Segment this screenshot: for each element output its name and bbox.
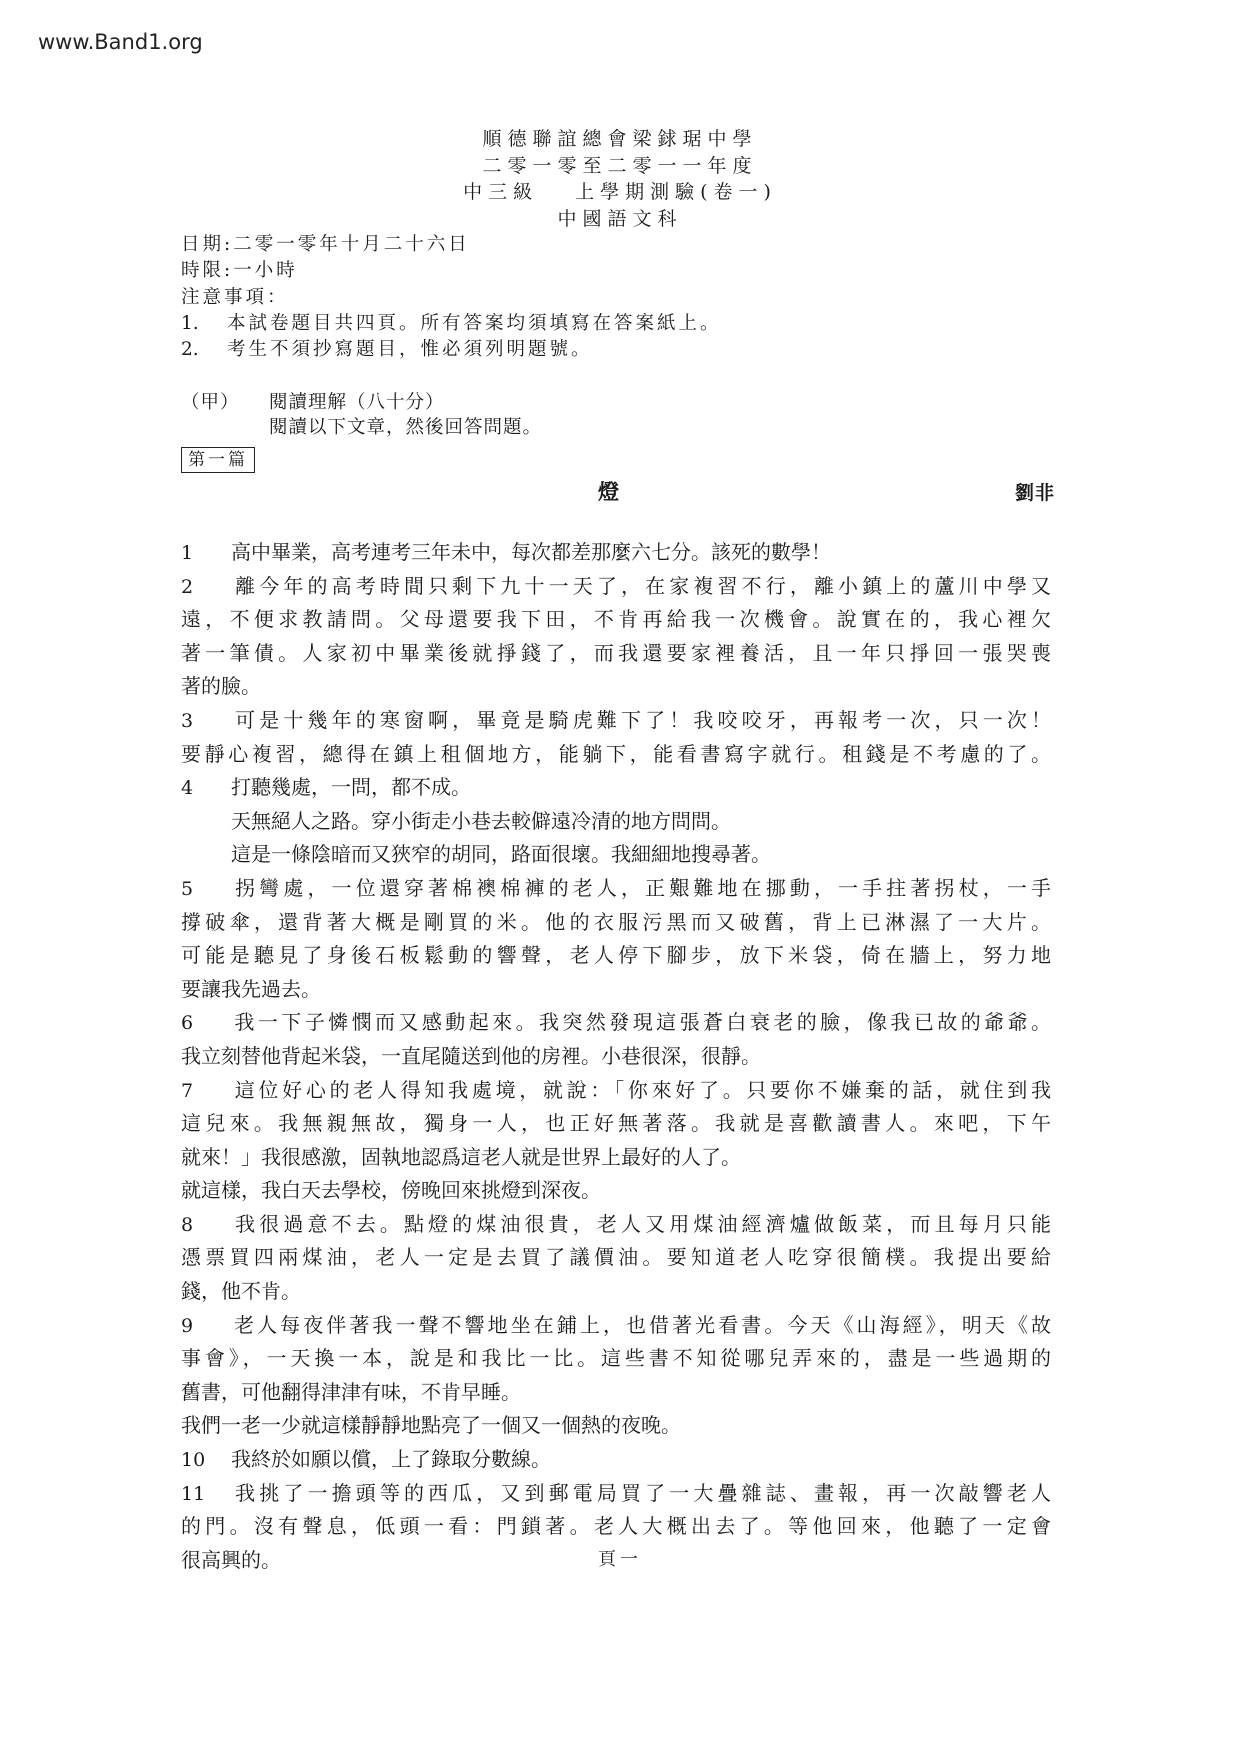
line-text: 離今年的高考時間只剩下九十一天了，在家複習不行，離小鎮上的蘆川中學又: [231, 574, 1051, 598]
line-text: 要讓我先過去。: [181, 977, 321, 1001]
passage-line: 11我挑了一擔頭等的西瓜，又到郵電局買了一大疊雜誌、畫報，再一次敲響老人: [181, 1477, 1051, 1511]
passage-line: 我立刻替他背起米袋，一直尾隨送到他的房裡。小巷很深，很靜。: [181, 1040, 1051, 1074]
line-text: 的門。沒有聲息，低頭一看：門鎖著。老人大概出去了。等他回來，他聽了一定會: [181, 1514, 1051, 1538]
line-text: 我很過意不去。點燈的煤油很貴，老人又用煤油經濟爐做飯菜，而且每月只能: [231, 1212, 1051, 1236]
line-text: 這兒來。我無親無故，獨身一人，也正好無著落。我就是喜歡讀書人。來吧，下午: [181, 1111, 1051, 1135]
line-text: 我立刻替他背起米袋，一直尾隨送到他的房裡。小巷很深，很靜。: [181, 1044, 761, 1068]
line-text: 要靜心複習，總得在鎮上租個地方，能躺下，能看書寫字就行。租錢是不考慮的了。: [181, 742, 1051, 766]
line-text: 我挑了一擔頭等的西瓜，又到郵電局買了一大疊雜誌、畫報，再一次敲響老人: [231, 1481, 1051, 1505]
passage-body: 1高中畢業，高考連考三年未中，每次都差那麼六七分。該死的數學！2離今年的高考時間…: [181, 536, 1051, 1577]
passage-line: 要靜心複習，總得在鎮上租個地方，能躺下，能看書寫字就行。租錢是不考慮的了。: [181, 738, 1051, 772]
line-text: 我們一老一少就這樣靜靜地點亮了一個又一個熱的夜晚。: [181, 1413, 681, 1437]
section-instruction: 閱讀以下文章，然後回答問題。: [269, 413, 542, 439]
exam-duration: 時限:一小時: [181, 256, 298, 282]
passage-line: 錢，他不肯。: [181, 1275, 1051, 1309]
note-number: 1.: [181, 313, 227, 334]
passage-line: 就這樣，我白天去學校，傍晚回來挑燈到深夜。: [181, 1174, 1051, 1208]
line-text: 事會》，一天換一本，說是和我比一比。這些書不知從哪兒弄來的，盡是一些過期的: [181, 1346, 1051, 1370]
line-text: 就這樣，我白天去學校，傍晚回來挑燈到深夜。: [181, 1178, 601, 1202]
passage-line: 就來！」我很感激，固執地認爲這老人就是世界上最好的人了。: [181, 1141, 1051, 1175]
notes-label: 注意事項：: [181, 283, 289, 309]
paragraph-number: 11: [181, 1478, 231, 1511]
paragraph-number: 5: [181, 873, 231, 906]
passage-line: 憑票買四兩煤油，老人一定是去買了議價油。要知道老人吃穿很簡樸。我提出要給: [181, 1241, 1051, 1275]
exam-title: 中三級 上學期測驗(卷一): [0, 177, 1240, 204]
paragraph-number: 9: [181, 1310, 231, 1343]
passage-line: 這兒來。我無親無故，獨身一人，也正好無著落。我就是喜歡讀書人。來吧，下午: [181, 1107, 1051, 1141]
site-watermark: www.Band1.org: [38, 30, 203, 54]
line-text: 打聽幾處，一問，都不成。: [231, 775, 471, 799]
paragraph-number: 2: [181, 571, 231, 604]
passage-line: 這是一條陰暗而又狹窄的胡同，路面很壞。我細細地搜尋著。: [181, 838, 1051, 872]
paragraph-number: 8: [181, 1209, 231, 1242]
line-text: 著一筆債。人家初中畢業後就掙錢了，而我還要家裡養活，且一年只掙回一張哭喪: [181, 641, 1051, 665]
page-number: 頁一: [0, 1545, 1240, 1571]
paragraph-number: 4: [181, 772, 231, 805]
passage-line: 事會》，一天換一本，說是和我比一比。這些書不知從哪兒弄來的，盡是一些過期的: [181, 1342, 1051, 1376]
passage-line: 撐破傘，還背著大概是剛買的米。他的衣服污黑而又破舊，背上已淋濕了一大片。: [181, 906, 1051, 940]
line-text: 錢，他不肯。: [181, 1279, 301, 1303]
line-text: 可能是聽見了身後石板鬆動的響聲，老人停下腳步，放下米袋，倚在牆上，努力地: [181, 943, 1051, 967]
passage-line: 天無絕人之路。穿小街走小巷去較僻遠冷清的地方問問。: [181, 805, 1051, 839]
passage-line: 6我一下子憐憫而又感動起來。我突然發現這張蒼白衰老的臉，像我已故的爺爺。: [181, 1006, 1051, 1040]
passage-line: 3可是十幾年的寒窗啊，畢竟是騎虎難下了！我咬咬牙，再報考一次，只一次！: [181, 704, 1051, 738]
note-text: 本試卷題目共四頁。所有答案均須填寫在答案紙上。: [227, 313, 722, 334]
passage-line: 舊書，可他翻得津津有味，不肯早睡。: [181, 1376, 1051, 1410]
line-text: 遠，不便求教請問。父母還要我下田，不肯再給我一次機會。說實在的，我心裡欠: [181, 607, 1051, 631]
section-heading: （甲）閱讀理解（八十分）: [181, 388, 445, 414]
passage-line: 8我很過意不去。點燈的煤油很貴，老人又用煤油經濟爐做飯菜，而且每月只能: [181, 1208, 1051, 1242]
passage-line: 5拐彎處，一位還穿著棉襖棉褲的老人，正艱難地在挪動，一手拄著拐杖，一手: [181, 872, 1051, 906]
section-title: 閱讀理解（八十分）: [269, 392, 445, 413]
passage-line: 遠，不便求教請問。父母還要我下田，不肯再給我一次機會。說實在的，我心裡欠: [181, 603, 1051, 637]
passage-line: 1高中畢業，高考連考三年未中，每次都差那麼六七分。該死的數學！: [181, 536, 1051, 570]
line-text: 憑票買四兩煤油，老人一定是去買了議價油。要知道老人吃穿很簡樸。我提出要給: [181, 1245, 1051, 1269]
academic-year: 二零一零至二零一一年度: [0, 151, 1240, 178]
passage-author: 劉非: [1015, 478, 1055, 505]
paragraph-number: 7: [181, 1075, 231, 1108]
line-text: 撐破傘，還背著大概是剛買的米。他的衣服污黑而又破舊，背上已淋濕了一大片。: [181, 910, 1051, 934]
line-text: 高中畢業，高考連考三年未中，每次都差那麼六七分。該死的數學！: [231, 540, 831, 564]
subject-title: 中國語文科: [0, 204, 1240, 231]
passage-line: 2離今年的高考時間只剩下九十一天了，在家複習不行，離小鎮上的蘆川中學又: [181, 570, 1051, 604]
passage-line: 4打聽幾處，一問，都不成。: [181, 771, 1051, 805]
note-item: 2.考生不須抄寫題目，惟必須列明題號。: [181, 335, 593, 361]
exam-date: 日期:二零一零年十月二十六日: [181, 230, 470, 256]
line-text: 這是一條陰暗而又狹窄的胡同，路面很壞。我細細地搜尋著。: [231, 842, 771, 866]
passage-label-box: 第一篇: [181, 447, 255, 473]
paragraph-number: 1: [181, 537, 231, 570]
passage-line: 著的臉。: [181, 670, 1051, 704]
note-item: 1.本試卷題目共四頁。所有答案均須填寫在答案紙上。: [181, 309, 722, 335]
line-text: 老人每夜伴著我一聲不響地坐在鋪上，也借著光看書。今天《山海經》，明天《故: [231, 1313, 1051, 1337]
line-text: 可是十幾年的寒窗啊，畢竟是騎虎難下了！我咬咬牙，再報考一次，只一次！: [231, 708, 1051, 732]
line-text: 我一下子憐憫而又感動起來。我突然發現這張蒼白衰老的臉，像我已故的爺爺。: [231, 1010, 1051, 1034]
passage-line: 我們一老一少就這樣靜靜地點亮了一個又一個熱的夜晚。: [181, 1409, 1051, 1443]
line-text: 天無絕人之路。穿小街走小巷去較僻遠冷清的地方問問。: [231, 809, 731, 833]
passage-line: 10我終於如願以償，上了錄取分數線。: [181, 1443, 1051, 1477]
passage-line: 9老人每夜伴著我一聲不響地坐在鋪上，也借著光看書。今天《山海經》，明天《故: [181, 1309, 1051, 1343]
paragraph-number: 10: [181, 1444, 231, 1477]
line-text: 拐彎處，一位還穿著棉襖棉褲的老人，正艱難地在挪動，一手拄著拐杖，一手: [231, 876, 1051, 900]
note-number: 2.: [181, 339, 227, 360]
line-text: 舊書，可他翻得津津有味，不肯早睡。: [181, 1380, 521, 1404]
paragraph-number: 3: [181, 705, 231, 738]
line-text: 著的臉。: [181, 674, 261, 698]
passage-line: 要讓我先過去。: [181, 973, 1051, 1007]
passage-line: 可能是聽見了身後石板鬆動的響聲，老人停下腳步，放下米袋，倚在牆上，努力地: [181, 939, 1051, 973]
passage-line: 7這位好心的老人得知我處境，就說：「你來好了。只要你不嫌棄的話，就住到我: [181, 1074, 1051, 1108]
passage-title: 燈: [598, 476, 619, 506]
passage-line: 著一筆債。人家初中畢業後就掙錢了，而我還要家裡養活，且一年只掙回一張哭喪: [181, 637, 1051, 671]
note-text: 考生不須抄寫題目，惟必須列明題號。: [227, 339, 593, 360]
line-text: 我終於如願以償，上了錄取分數線。: [231, 1447, 551, 1471]
section-tag: （甲）: [181, 388, 269, 414]
line-text: 就來！」我很感激，固執地認爲這老人就是世界上最好的人了。: [181, 1145, 741, 1169]
passage-line: 的門。沒有聲息，低頭一看：門鎖著。老人大概出去了。等他回來，他聽了一定會: [181, 1510, 1051, 1544]
school-name: 順德聯誼總會梁銶琚中學: [0, 124, 1240, 151]
paragraph-number: 6: [181, 1007, 231, 1040]
line-text: 這位好心的老人得知我處境，就說：「你來好了。只要你不嫌棄的話，就住到我: [231, 1078, 1051, 1102]
